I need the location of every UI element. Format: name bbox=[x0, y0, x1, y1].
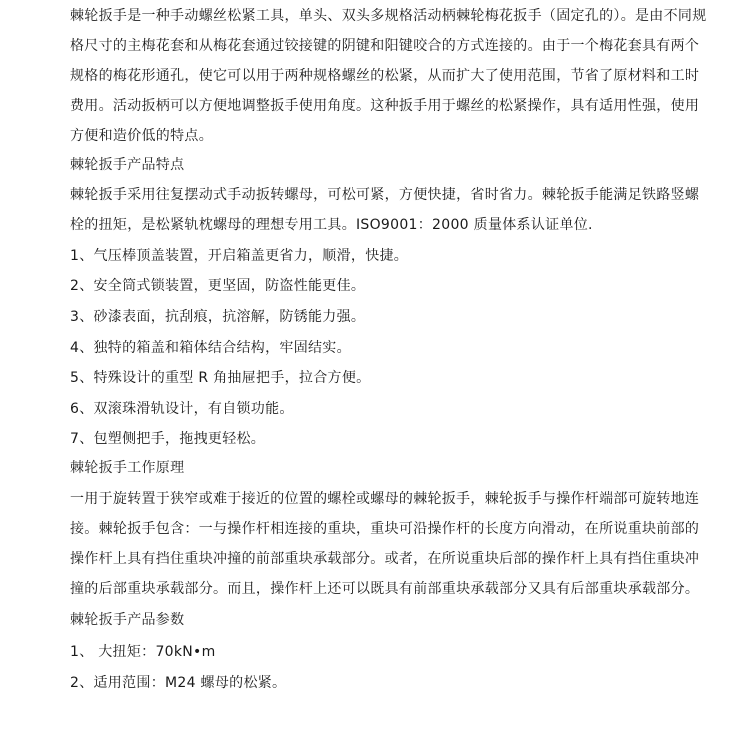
feature-item: 3、砂漆表面，抗刮痕，抗溶解，防锈能力强。 bbox=[70, 307, 365, 327]
feature-item: 1、气压棒顶盖装置，开启箱盖更省力，顺滑，快捷。 bbox=[70, 246, 408, 266]
intro-line: 方便和造价低的特点。 bbox=[70, 126, 213, 146]
features-line: 栓的扭矩，是松紧轨枕螺母的理想专用工具。ISO9001：2000 质量体系认证单… bbox=[70, 215, 593, 235]
feature-item: 4、独特的箱盖和箱体结合结构，牢固结实。 bbox=[70, 338, 351, 358]
feature-item: 2、安全筒式锁装置，更坚固，防盗性能更佳。 bbox=[70, 276, 365, 296]
features-heading: 棘轮扳手产品特点 bbox=[70, 155, 184, 175]
param-item: 1、 大扭矩：70kN•m bbox=[70, 642, 216, 662]
features-line: 棘轮扳手采用往复摆动式手动扳转螺母，可松可紧，方便快捷，省时省力。棘轮扳手能满足… bbox=[70, 185, 699, 205]
intro-line: 规格的梅花形通孔，使它可以用于两种规格螺丝的松紧，从而扩大了使用范围，节省了原材… bbox=[70, 66, 699, 86]
feature-item: 7、包塑侧把手，拖拽更轻松。 bbox=[70, 429, 265, 449]
principle-line: 撞的后部重块承载部分。而且，操作杆上还可以既具有前部重块承载部分又具有后部重块承… bbox=[70, 579, 699, 599]
params-heading: 棘轮扳手产品参数 bbox=[70, 610, 184, 630]
feature-item: 5、特殊设计的重型 R 角抽屉把手，拉合方便。 bbox=[70, 368, 370, 388]
intro-line: 费用。活动扳柄可以方便地调整扳手使用角度。这种扳手用于螺丝的松紧操作，具有适用性… bbox=[70, 96, 699, 116]
principle-line: 一用于旋转置于狭窄或难于接近的位置的螺栓或螺母的棘轮扳手，棘轮扳手与操作杆端部可… bbox=[70, 489, 699, 509]
intro-line: 格尺寸的主梅花套和从梅花套通过铰接键的阴键和阳键咬合的方式连接的。由于一个梅花套… bbox=[70, 36, 699, 56]
param-item: 2、适用范围：M24 螺母的松紧。 bbox=[70, 673, 286, 693]
feature-item: 6、双滚珠滑轨设计，有自锁功能。 bbox=[70, 399, 294, 419]
principle-line: 操作杆上具有挡住重块冲撞的前部重块承载部分。或者，在所说重块后部的操作杆上具有挡… bbox=[70, 549, 699, 569]
principle-line: 接。棘轮扳手包含：一与操作杆相连接的重块，重块可沿操作杆的长度方向滑动，在所说重… bbox=[70, 519, 699, 539]
intro-line: 棘轮扳手是一种手动螺丝松紧工具，单头、双头多规格活动柄棘轮梅花扳手（固定孔的）。… bbox=[70, 6, 707, 26]
principle-heading: 棘轮扳手工作原理 bbox=[70, 458, 184, 478]
